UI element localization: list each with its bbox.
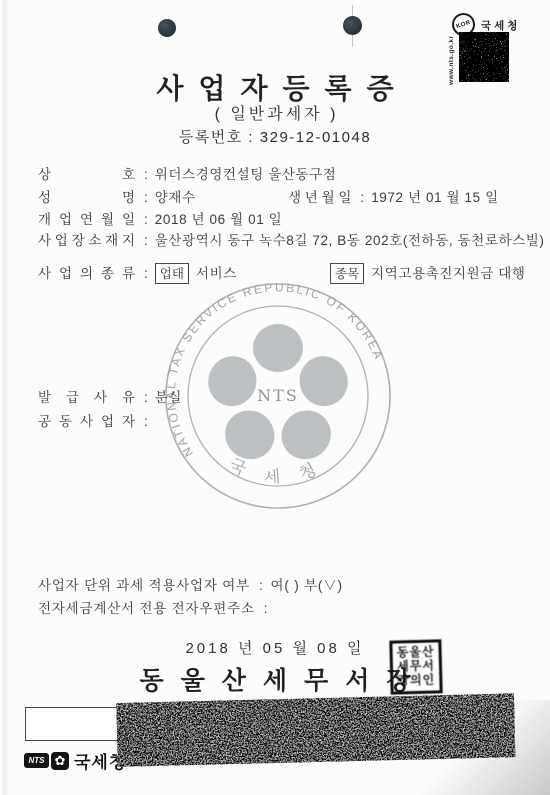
- certificate-page: { "ui": { "colon": ":" }, "header": { "a…: [0, 0, 550, 795]
- uptae-box: 업태: [155, 263, 189, 284]
- owner-name-label: 성 명: [38, 186, 135, 206]
- issue-reason-value: 분실: [155, 390, 182, 405]
- unit-tax-label: 사업자 단위 과세 적용사업자 여부: [38, 578, 250, 593]
- field-birth-date: 생 년 월 일:1972 년 01 월 15 일: [288, 186, 499, 206]
- security-barcode: [116, 693, 516, 772]
- colon: :: [144, 167, 148, 182]
- issue-reason-label: 발 급 사 유: [38, 386, 135, 406]
- nts-footer-logo: NTS ✿ 국세청: [24, 748, 126, 773]
- open-date-value: 2018 년 06 월 01 일: [155, 212, 283, 227]
- punch-hole-left: [158, 19, 176, 37]
- issuing-office-title: 동울산세무서장: [0, 661, 550, 697]
- colon: :: [259, 578, 264, 593]
- address-value: 울산광역시 동구 녹수8길 72, B동 202호(전하동, 동천로하스빌): [155, 233, 545, 248]
- field-issue-reason: 발 급 사 유:분실: [38, 386, 182, 406]
- colon: :: [144, 390, 148, 405]
- nts-flower-icon: ✿: [51, 752, 69, 770]
- field-open-date: 개 업 연 월 일:2018 년 06 월 01 일: [38, 208, 282, 228]
- field-co-business: 공 동 사 업 자:: [38, 410, 155, 430]
- field-owner-name: 성 명:양재수 생 년 월 일:1972 년 01 월 15 일: [38, 186, 196, 206]
- co-business-label: 공 동 사 업 자: [38, 410, 135, 430]
- field-etax-email: 전자세금계산서 전용 전자우편주소:: [38, 597, 275, 617]
- registration-number-label: 등록번호 :: [179, 129, 254, 146]
- jongmok-value: 지역고용촉진지원금 대행: [371, 266, 525, 281]
- colon: :: [264, 601, 269, 616]
- uptae-value: 서비스: [196, 266, 237, 281]
- trade-name-label: 상 호: [38, 163, 135, 183]
- field-business-type: 사 업 의 종 류:업태서비스 종목지역고용촉진지원금 대행: [38, 262, 237, 284]
- barcode-noise-image: [116, 693, 515, 767]
- blank-label-box: [25, 707, 120, 741]
- trade-name-value: 위더스경영컨설팅 울산동구점: [155, 167, 337, 182]
- nts-watermark-seal: NATIONAL TAX SERVICE REPUBLIC OF KOREA N…: [162, 280, 394, 512]
- field-address: 사 업 장 소 재 지:울산광역시 동구 녹수8길 72, B동 202호(전하…: [38, 229, 544, 249]
- jongmok-part: 종목지역고용촉진지원금 대행: [330, 262, 526, 284]
- birth-date-label: 생 년 월 일: [288, 190, 351, 205]
- nts-badge-icon: NTS: [24, 753, 49, 768]
- seal-center-text: NTS: [257, 386, 299, 405]
- colon: :: [144, 233, 148, 248]
- etax-email-label: 전자세금계산서 전용 전자우편주소: [38, 601, 255, 616]
- agency-name-small: 국세청: [481, 18, 520, 33]
- kor-label: KOR: [456, 19, 472, 29]
- colon: :: [144, 266, 148, 281]
- unit-tax-value: 여( ) 부(∨): [271, 578, 343, 593]
- jongmok-box: 종목: [330, 263, 364, 284]
- colon: :: [144, 414, 148, 429]
- field-unit-tax: 사업자 단위 과세 적용사업자 여부:여( ) 부(∨): [38, 574, 343, 594]
- punch-hole-right: [343, 16, 362, 35]
- birth-date-value: 1972 년 01 월 15 일: [371, 190, 499, 205]
- colon: :: [144, 190, 148, 205]
- registration-number-value: 329-12-01048: [260, 129, 371, 146]
- field-trade-name: 상 호:위더스경영컨설팅 울산동구점: [38, 163, 336, 183]
- colon: :: [144, 212, 148, 227]
- registration-number-line: 등록번호 : 329-12-01048: [0, 126, 550, 147]
- open-date-label: 개 업 연 월 일: [38, 208, 135, 228]
- business-type-label: 사 업 의 종 류: [38, 262, 135, 282]
- owner-name-value: 양재수: [155, 190, 196, 205]
- document-subtitle: ( 일반과세자 ): [0, 101, 550, 124]
- issue-date: 2018 년 05 월 08 일: [0, 637, 550, 658]
- address-label: 사 업 장 소 재 지: [38, 229, 135, 249]
- colon: :: [360, 190, 364, 205]
- stamp-line: 장의인: [397, 673, 435, 688]
- official-seal-stamp: 동울산 세무서 장의인: [389, 639, 442, 694]
